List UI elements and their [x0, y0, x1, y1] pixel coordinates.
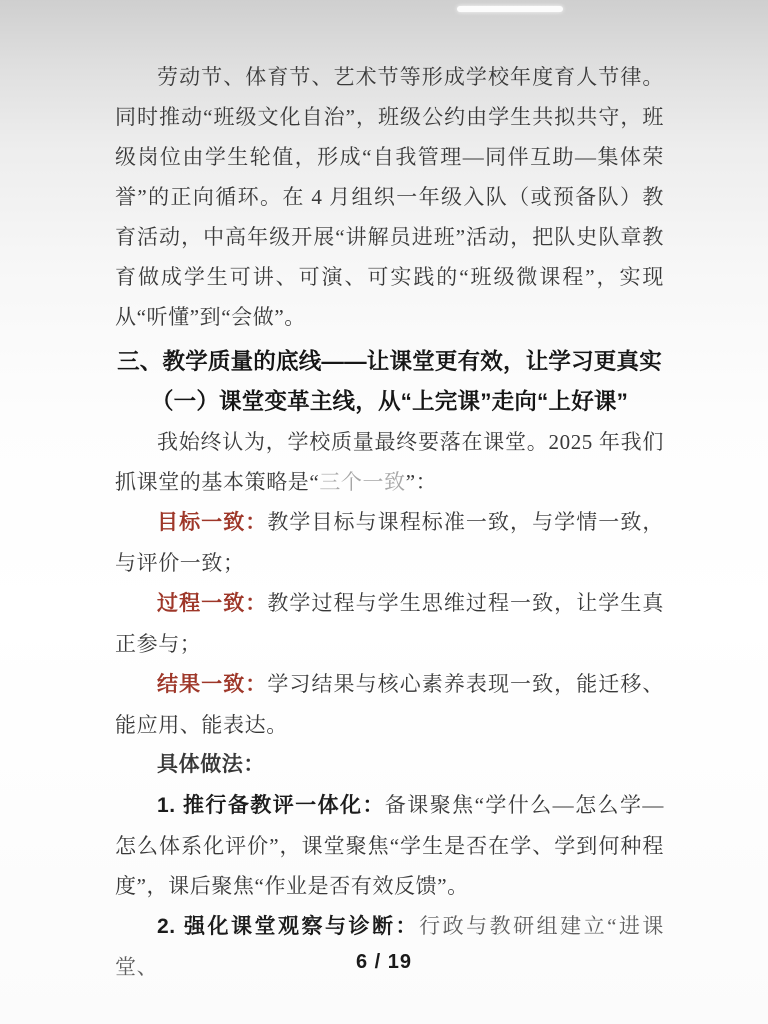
intro-highlight-text: 三个一致 — [319, 470, 405, 494]
alignment-item-result-label: 结果一致： — [157, 673, 267, 696]
alignment-item-process: 过程一致：教学过程与学生思维过程一致，让学生真正参与； — [115, 583, 664, 664]
alignment-item-goal-label: 目标一致： — [157, 511, 267, 534]
paragraph-intro-strategy: 我始终认为，学校质量最终要落在课堂。2025 年我们抓课堂的基本策略是“三个一致… — [115, 422, 664, 502]
alignment-item-process-label: 过程一致： — [157, 592, 267, 615]
practice-item-2: 2. 强化课堂观察与诊断：行政与教研组建立“进课堂、 — [115, 906, 664, 987]
top-highlight-bar — [457, 6, 563, 12]
subsection-heading-classroom-reform: （一）课堂变革主线，从“上完课”走向“上好课” — [115, 382, 664, 422]
paragraph-moral-education: 劳动节、体育节、艺术节等形成学校年度育人节律。同时推动“班级文化自治”，班级公约… — [115, 57, 664, 337]
document-page-content: 劳动节、体育节、艺术节等形成学校年度育人节律。同时推动“班级文化自治”，班级公约… — [115, 57, 664, 987]
practice-item-1: 1. 推行备教评一体化：备课聚焦“学什么—怎么学—怎么体系化评价”，课堂聚焦“学… — [115, 785, 664, 906]
intro-tail-text: ”： — [406, 470, 438, 494]
section-heading-teaching-quality: 三、教学质量的底线——让课堂更有效，让学习更真实 — [115, 342, 664, 382]
alignment-item-goal: 目标一致：教学目标与课程标准一致，与学情一致，与评价一致； — [115, 502, 664, 583]
page-number: 6 / 19 — [0, 951, 768, 974]
practices-subheading: 具体做法： — [115, 745, 664, 785]
practice-item-2-label: 2. 强化课堂观察与诊断： — [157, 915, 419, 938]
alignment-item-result: 结果一致：学习结果与核心素养表现一致，能迁移、能应用、能表达。 — [115, 664, 664, 745]
practice-item-1-label: 1. 推行备教评一体化： — [157, 794, 385, 817]
